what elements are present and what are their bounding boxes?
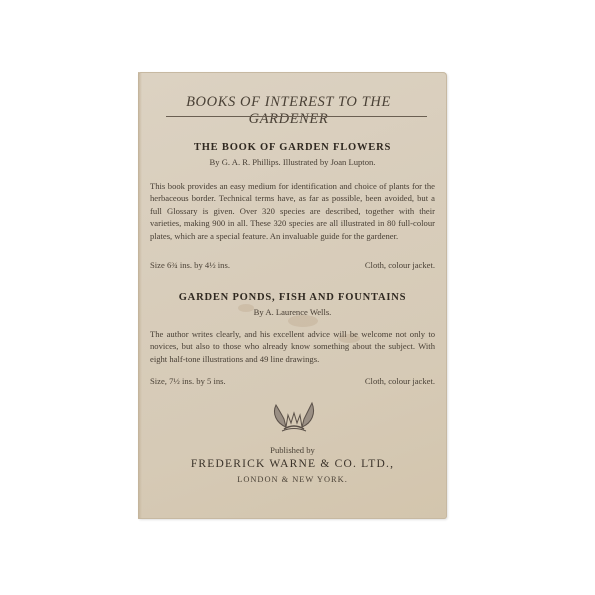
book-byline: By G. A. R. Phillips. Illustrated by Joa…: [138, 157, 447, 167]
book-meta: Size, 7½ ins. by 5 ins. Cloth, colour ja…: [150, 376, 435, 386]
header-divider: [166, 116, 427, 117]
book-binding: Cloth, colour jacket.: [365, 376, 435, 386]
book-title: GARDEN PONDS, FISH AND FOUNTAINS: [138, 292, 447, 303]
book-binding: Cloth, colour jacket.: [365, 260, 435, 270]
winged-crown-icon: [270, 401, 318, 433]
book-description: This book provides an easy medium for id…: [150, 180, 435, 242]
book-size: Size, 7½ ins. by 5 ins.: [150, 376, 226, 386]
publisher-name: FREDERICK WARNE & CO. LTD.,: [138, 458, 447, 470]
book-description: The author writes clearly, and his excel…: [150, 328, 435, 365]
book-back-cover: BOOKS OF INTEREST TO THE GARDENER THE BO…: [138, 72, 447, 519]
book-title: THE BOOK OF GARDEN FLOWERS: [138, 142, 447, 153]
publisher-place: LONDON & NEW YORK.: [138, 475, 447, 484]
published-by-label: Published by: [138, 445, 447, 455]
book-byline: By A. Laurence Wells.: [138, 307, 447, 317]
book-size: Size 6¾ ins. by 4½ ins.: [150, 260, 230, 270]
book-meta: Size 6¾ ins. by 4½ ins. Cloth, colour ja…: [150, 260, 435, 270]
cover-header: BOOKS OF INTEREST TO THE GARDENER: [148, 94, 429, 128]
